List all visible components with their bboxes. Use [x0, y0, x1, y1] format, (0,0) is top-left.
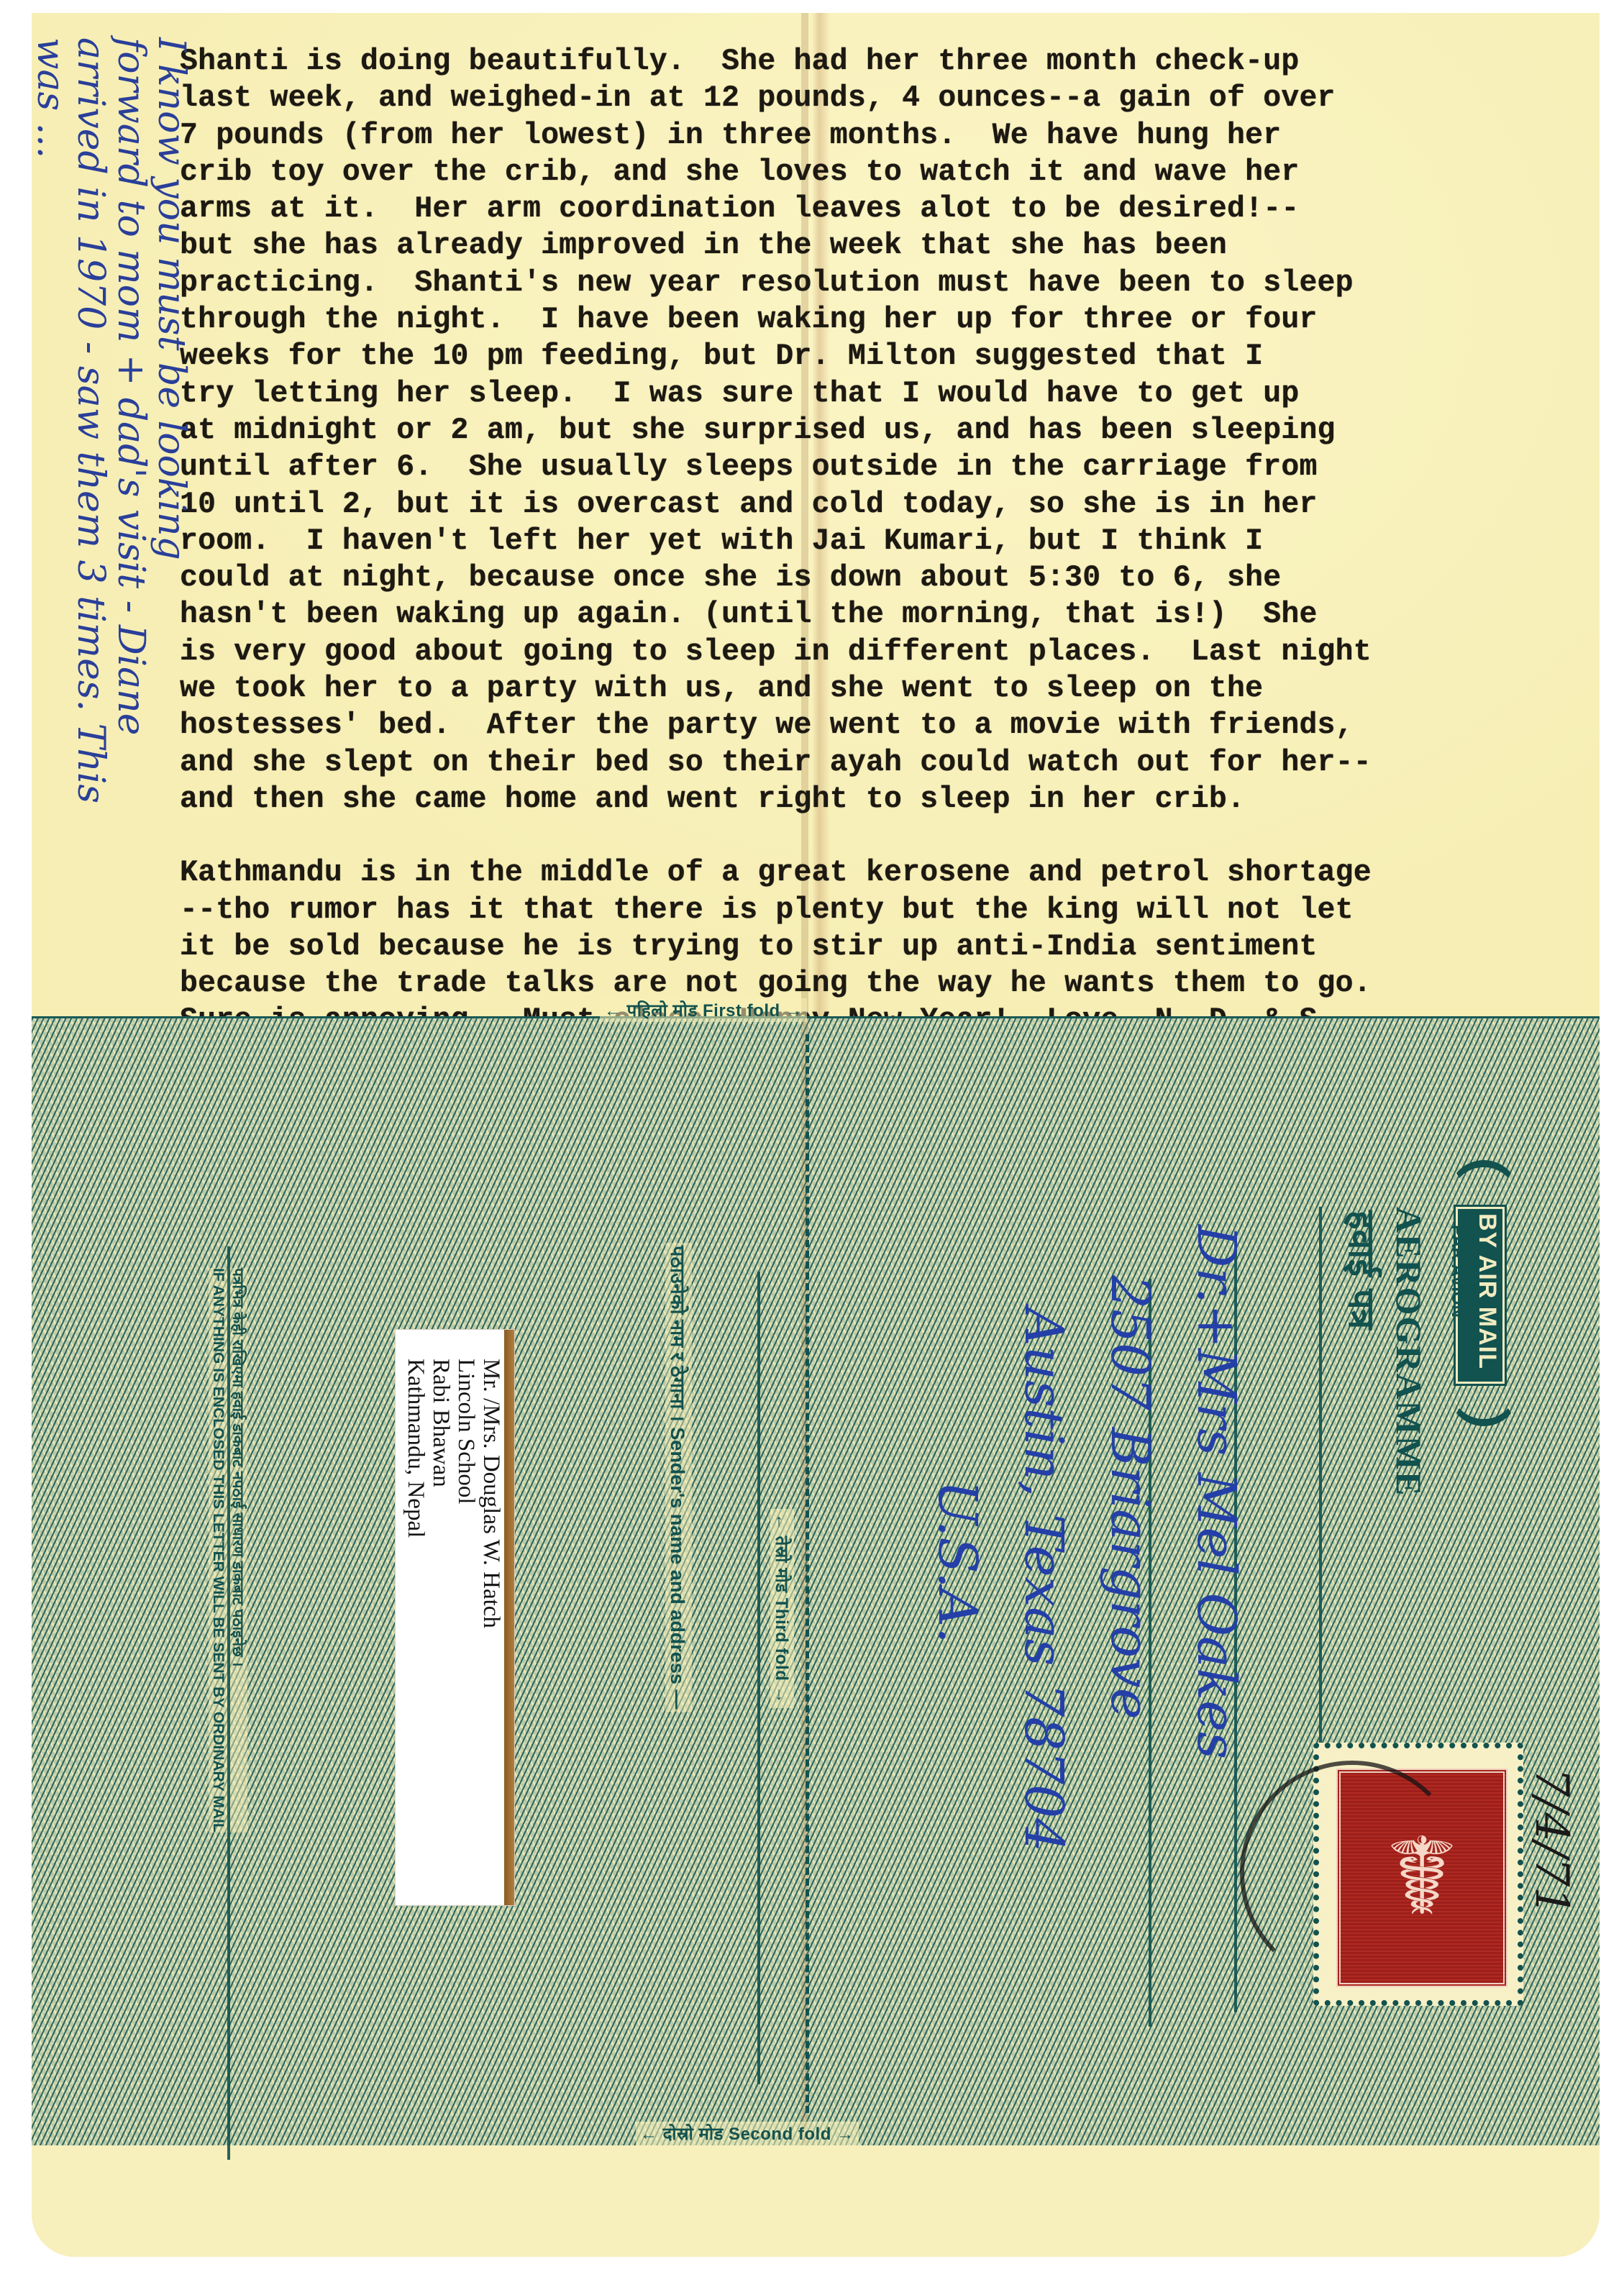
letter-line: because the trade talks are not going th… — [180, 965, 1589, 1002]
letter-line: at midnight or 2 am, but she surprised u… — [180, 412, 1589, 449]
sender-address-line: Lincoln School — [453, 1359, 478, 1628]
sender-address-text: Mr. /Mrs. Douglas W. HatchLincoln School… — [403, 1359, 503, 1628]
par-avion-label: PAR AVION — [1447, 1225, 1467, 1318]
letter-line: could at night, because once she is down… — [180, 560, 1589, 596]
recipient-street: 2507 Briargrove — [1099, 1275, 1161, 1720]
letter-line: hasn't been waking up again. (until the … — [180, 596, 1589, 633]
first-fold-label: ← पहिलो मोड First fold → — [600, 998, 807, 1022]
letter-line: try letting her sleep. I was sure that I… — [180, 375, 1589, 412]
recipient-country: U.S.A. — [926, 1480, 988, 1644]
letter-line: room. I haven't left her yet with Jai Ku… — [180, 523, 1589, 560]
handwritten-margin-note: I know you must be lookingforward to mom… — [55, 37, 191, 1016]
letter-line: --tho rumor has it that there is plenty … — [180, 892, 1589, 928]
margin-note-line: forward to mom + dad's visit - Diane — [111, 37, 151, 1016]
panel-edge-rule — [227, 1246, 230, 2160]
letter-line: but she has already improved in the week… — [180, 227, 1589, 264]
letter-line: crib toy over the crib, and she loves to… — [180, 154, 1589, 191]
typed-letter-body: Shanti is doing beautifully. She had her… — [180, 43, 1589, 1076]
letter-line: and she slept on their bed so their ayah… — [180, 744, 1589, 781]
margin-note-line: I know you must be looking — [151, 37, 191, 1016]
letter-line: through the night. I have been waking he… — [180, 301, 1589, 338]
margin-note-line: arrived in 1970 - saw them 3 times. This — [70, 37, 111, 1016]
label-stripe — [504, 1330, 514, 1905]
letter-line: we took her to a party with us, and she … — [180, 670, 1589, 707]
letter-line: hostesses' bed. After the party we went … — [180, 707, 1589, 744]
recipient-city: Austin, Texas 78704 — [1013, 1308, 1075, 1852]
letter-line: arms at it. Her arm coordination leaves … — [180, 191, 1589, 227]
enclosure-notice-line: IF ANYTHING IS ENCLOSED THIS LETTER WILL… — [209, 1268, 228, 1833]
sender-address-line: Mr. /Mrs. Douglas W. Hatch — [478, 1359, 503, 1628]
aerogramme-title: AEROGRAMME — [1388, 1207, 1430, 1497]
letter-line: until after 6. She usually sleeps outsid… — [180, 449, 1589, 485]
letter-paragraph: Kathmandu is in the middle of a great ke… — [180, 854, 1589, 1039]
letter-line: 7 pounds (from her lowest) in three mont… — [180, 117, 1589, 154]
sender-address-caption: पठाउनेको नाम र ठेगाना । Sender's name an… — [665, 1243, 692, 1712]
letter-line: weeks for the 10 pm feeding, but Dr. Mil… — [180, 338, 1589, 375]
third-fold-dashed-line — [806, 1034, 809, 2113]
aerogramme-sheet: Shanti is doing beautifully. She had her… — [32, 13, 1600, 2257]
address-rule — [757, 1272, 760, 2084]
postmark-cancellation — [1240, 1761, 1464, 1985]
letter-line: practicing. Shanti's new year resolution… — [180, 265, 1589, 301]
pencil-date-note: 7/4/71 — [1525, 1768, 1578, 1916]
third-fold-label: ← तेस्रो मोड Third fold → — [770, 1509, 794, 1708]
letter-line: Kathmandu is in the middle of a great ke… — [180, 854, 1589, 891]
letter-line: is very good about going to sleep in dif… — [180, 634, 1589, 670]
aerogramme-title-nepali: हवाई पत्र — [1338, 1210, 1387, 1329]
letter-line: last week, and weighed-in at 12 pounds, … — [180, 80, 1589, 117]
bottom-flap — [32, 2145, 1600, 2257]
sender-address-line: Rabi Bhawan — [428, 1359, 453, 1628]
letter-line: it be sold because he is trying to stir … — [180, 928, 1589, 965]
letter-line: and then she came home and went right to… — [180, 781, 1589, 818]
sender-address-label: Mr. /Mrs. Douglas W. HatchLincoln School… — [395, 1329, 515, 1906]
letter-section: Shanti is doing beautifully. She had her… — [32, 13, 1600, 1016]
enclosure-notice-line: पत्रभित्र केही राखिएमा हवाई डाकबाट नपठाई… — [228, 1268, 247, 1833]
margin-note-line: was ... — [32, 37, 70, 1016]
letter-line: Shanti is doing beautifully. She had her… — [180, 43, 1589, 80]
recipient-name: Dr.+Mrs Mel Oakes — [1185, 1225, 1247, 1759]
sender-address-line: Kathmandu, Nepal — [403, 1359, 428, 1628]
second-fold-label: ← दोस्रो मोड Second fold → — [636, 2122, 859, 2145]
letter-line: 10 until 2, but it is overcast and cold … — [180, 486, 1589, 523]
letter-paragraph: Shanti is doing beautifully. She had her… — [180, 43, 1589, 818]
